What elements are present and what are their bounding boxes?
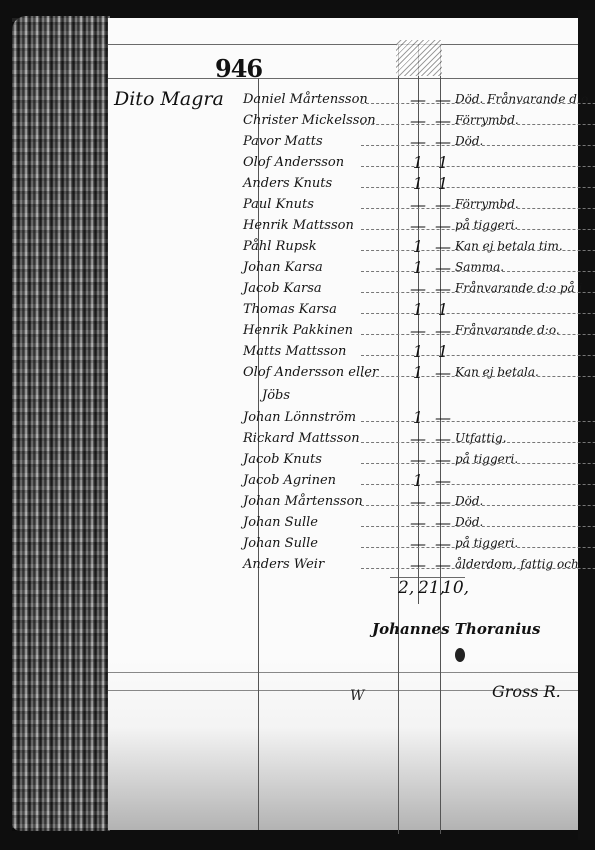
person-name: Olof Andersson xyxy=(243,155,344,170)
row-note: Död. Frånvarande d:o. xyxy=(455,92,592,106)
count-col-1: 1 xyxy=(408,153,428,172)
village-name: Dito Magra xyxy=(114,88,224,110)
row-note: på tiggeri. xyxy=(455,536,518,550)
count-col-2: — xyxy=(433,321,453,340)
count-col-2: 1 xyxy=(433,300,453,319)
count-col-1: — xyxy=(408,534,428,553)
row-leader xyxy=(361,484,595,485)
table-row: Olof Andersson eller1—Kan ej betala. xyxy=(243,365,583,387)
row-leader xyxy=(361,355,595,356)
count-col-2: — xyxy=(433,450,453,469)
count-col-1: 1 xyxy=(408,237,428,256)
person-name: Johan Mårtensson xyxy=(243,494,363,509)
person-name: Paul Knuts xyxy=(243,197,314,212)
count-col-1: 1 xyxy=(408,363,428,382)
row-leader xyxy=(361,166,595,167)
count-col-2: 1 xyxy=(433,153,453,172)
count-col-2: 1 xyxy=(433,174,453,193)
count-col-2: — xyxy=(433,429,453,448)
lower-rule-1 xyxy=(108,672,578,673)
person-name: Johan Sulle xyxy=(243,536,318,551)
count-col-1: — xyxy=(408,195,428,214)
person-name: Jacob Karsa xyxy=(243,281,322,296)
total-col-2: 21, xyxy=(418,578,445,598)
person-name: Rickard Mattsson xyxy=(243,431,360,446)
person-name: Henrik Mattsson xyxy=(243,218,354,233)
count-col-2: — xyxy=(433,492,453,511)
count-col-1: 1 xyxy=(408,300,428,319)
person-name: Henrik Pakkinen xyxy=(243,323,353,338)
row-note: Frånvarande d:o på i. xyxy=(455,281,586,295)
count-col-2: — xyxy=(433,363,453,382)
person-name: Anders Knuts xyxy=(243,176,332,191)
count-col-1: — xyxy=(408,132,428,151)
margin-mark: W xyxy=(350,688,364,704)
book-page-edges xyxy=(12,16,110,831)
count-col-2: — xyxy=(433,513,453,532)
row-note: Kan ej betala. xyxy=(455,365,539,379)
count-col-2: — xyxy=(433,111,453,130)
count-col-1: 1 xyxy=(408,174,428,193)
count-col-2: — xyxy=(433,279,453,298)
count-col-2: — xyxy=(433,216,453,235)
person-name: Anders Weir xyxy=(243,557,324,572)
top-rule xyxy=(108,44,578,45)
count-col-2: — xyxy=(433,471,453,490)
count-col-1: — xyxy=(408,555,428,574)
row-note: Död. xyxy=(455,494,483,508)
column-header-hatching xyxy=(396,40,442,76)
row-note: på tiggeri. xyxy=(455,218,518,232)
count-col-2: — xyxy=(433,237,453,256)
row-note: Förrymbd. xyxy=(455,113,519,127)
count-col-2: — xyxy=(433,555,453,574)
row-note: Utfattig. xyxy=(455,431,507,445)
row-note: Död. xyxy=(455,134,483,148)
count-col-1: — xyxy=(408,279,428,298)
count-col-1: 1 xyxy=(408,408,428,427)
row-note: Frånvarande d:o. xyxy=(455,323,560,337)
count-col-1: 1 xyxy=(408,258,428,277)
count-col-1: — xyxy=(408,216,428,235)
total-col-3: 10, xyxy=(442,578,469,598)
count-col-2: — xyxy=(433,132,453,151)
person-name-continuation: Jöbs xyxy=(262,388,290,403)
signature: Johannes Thoranius xyxy=(372,620,540,638)
row-leader xyxy=(361,187,595,188)
row-leader xyxy=(361,421,595,422)
count-col-2: — xyxy=(433,258,453,277)
row-note: Förrymbd. xyxy=(455,197,519,211)
count-col-1: 1 xyxy=(408,471,428,490)
person-name: Christer Mickelsson xyxy=(243,113,376,128)
row-note: Kan ej betala tim. xyxy=(455,239,563,253)
count-col-1: — xyxy=(408,90,428,109)
ink-blot xyxy=(455,648,465,662)
count-col-1: — xyxy=(408,111,428,130)
page-number: 946 xyxy=(215,54,262,83)
count-col-1: 1 xyxy=(408,342,428,361)
count-col-2: 1 xyxy=(433,342,453,361)
count-col-2: — xyxy=(433,195,453,214)
person-name: Jacob Knuts xyxy=(243,452,322,467)
row-note: på tiggeri. xyxy=(455,452,518,466)
person-name: Påhl Rupsk xyxy=(243,239,317,254)
row-note: Samma. xyxy=(455,260,504,274)
row-leader xyxy=(361,313,595,314)
table-row: Jöbs xyxy=(262,388,595,410)
person-name: Johan Sulle xyxy=(243,515,318,530)
count-col-2: — xyxy=(433,534,453,553)
count-col-1: — xyxy=(408,492,428,511)
total-col-1: 2, xyxy=(398,578,414,598)
bottom-right-mark: Gross R. xyxy=(492,682,561,701)
person-name: Johan Lönnström xyxy=(243,410,356,425)
person-name: Olof Andersson eller xyxy=(243,365,378,380)
person-name: Matts Mattsson xyxy=(243,344,346,359)
person-name: Jacob Agrinen xyxy=(243,473,336,488)
count-col-1: — xyxy=(408,429,428,448)
row-note: ålderdom, fattig och xyxy=(455,557,579,571)
count-col-2: — xyxy=(433,408,453,427)
person-name: Daniel Mårtensson xyxy=(243,92,368,107)
count-col-1: — xyxy=(408,321,428,340)
table-row: Anders Weir——ålderdom, fattig och xyxy=(243,557,583,579)
person-name: Johan Karsa xyxy=(243,260,323,275)
person-name: Thomas Karsa xyxy=(243,302,337,317)
count-col-2: — xyxy=(433,90,453,109)
header-rule xyxy=(108,78,578,79)
count-col-1: — xyxy=(408,450,428,469)
count-col-1: — xyxy=(408,513,428,532)
row-note: Död. xyxy=(455,515,483,529)
person-name: Pavor Matts xyxy=(243,134,323,149)
